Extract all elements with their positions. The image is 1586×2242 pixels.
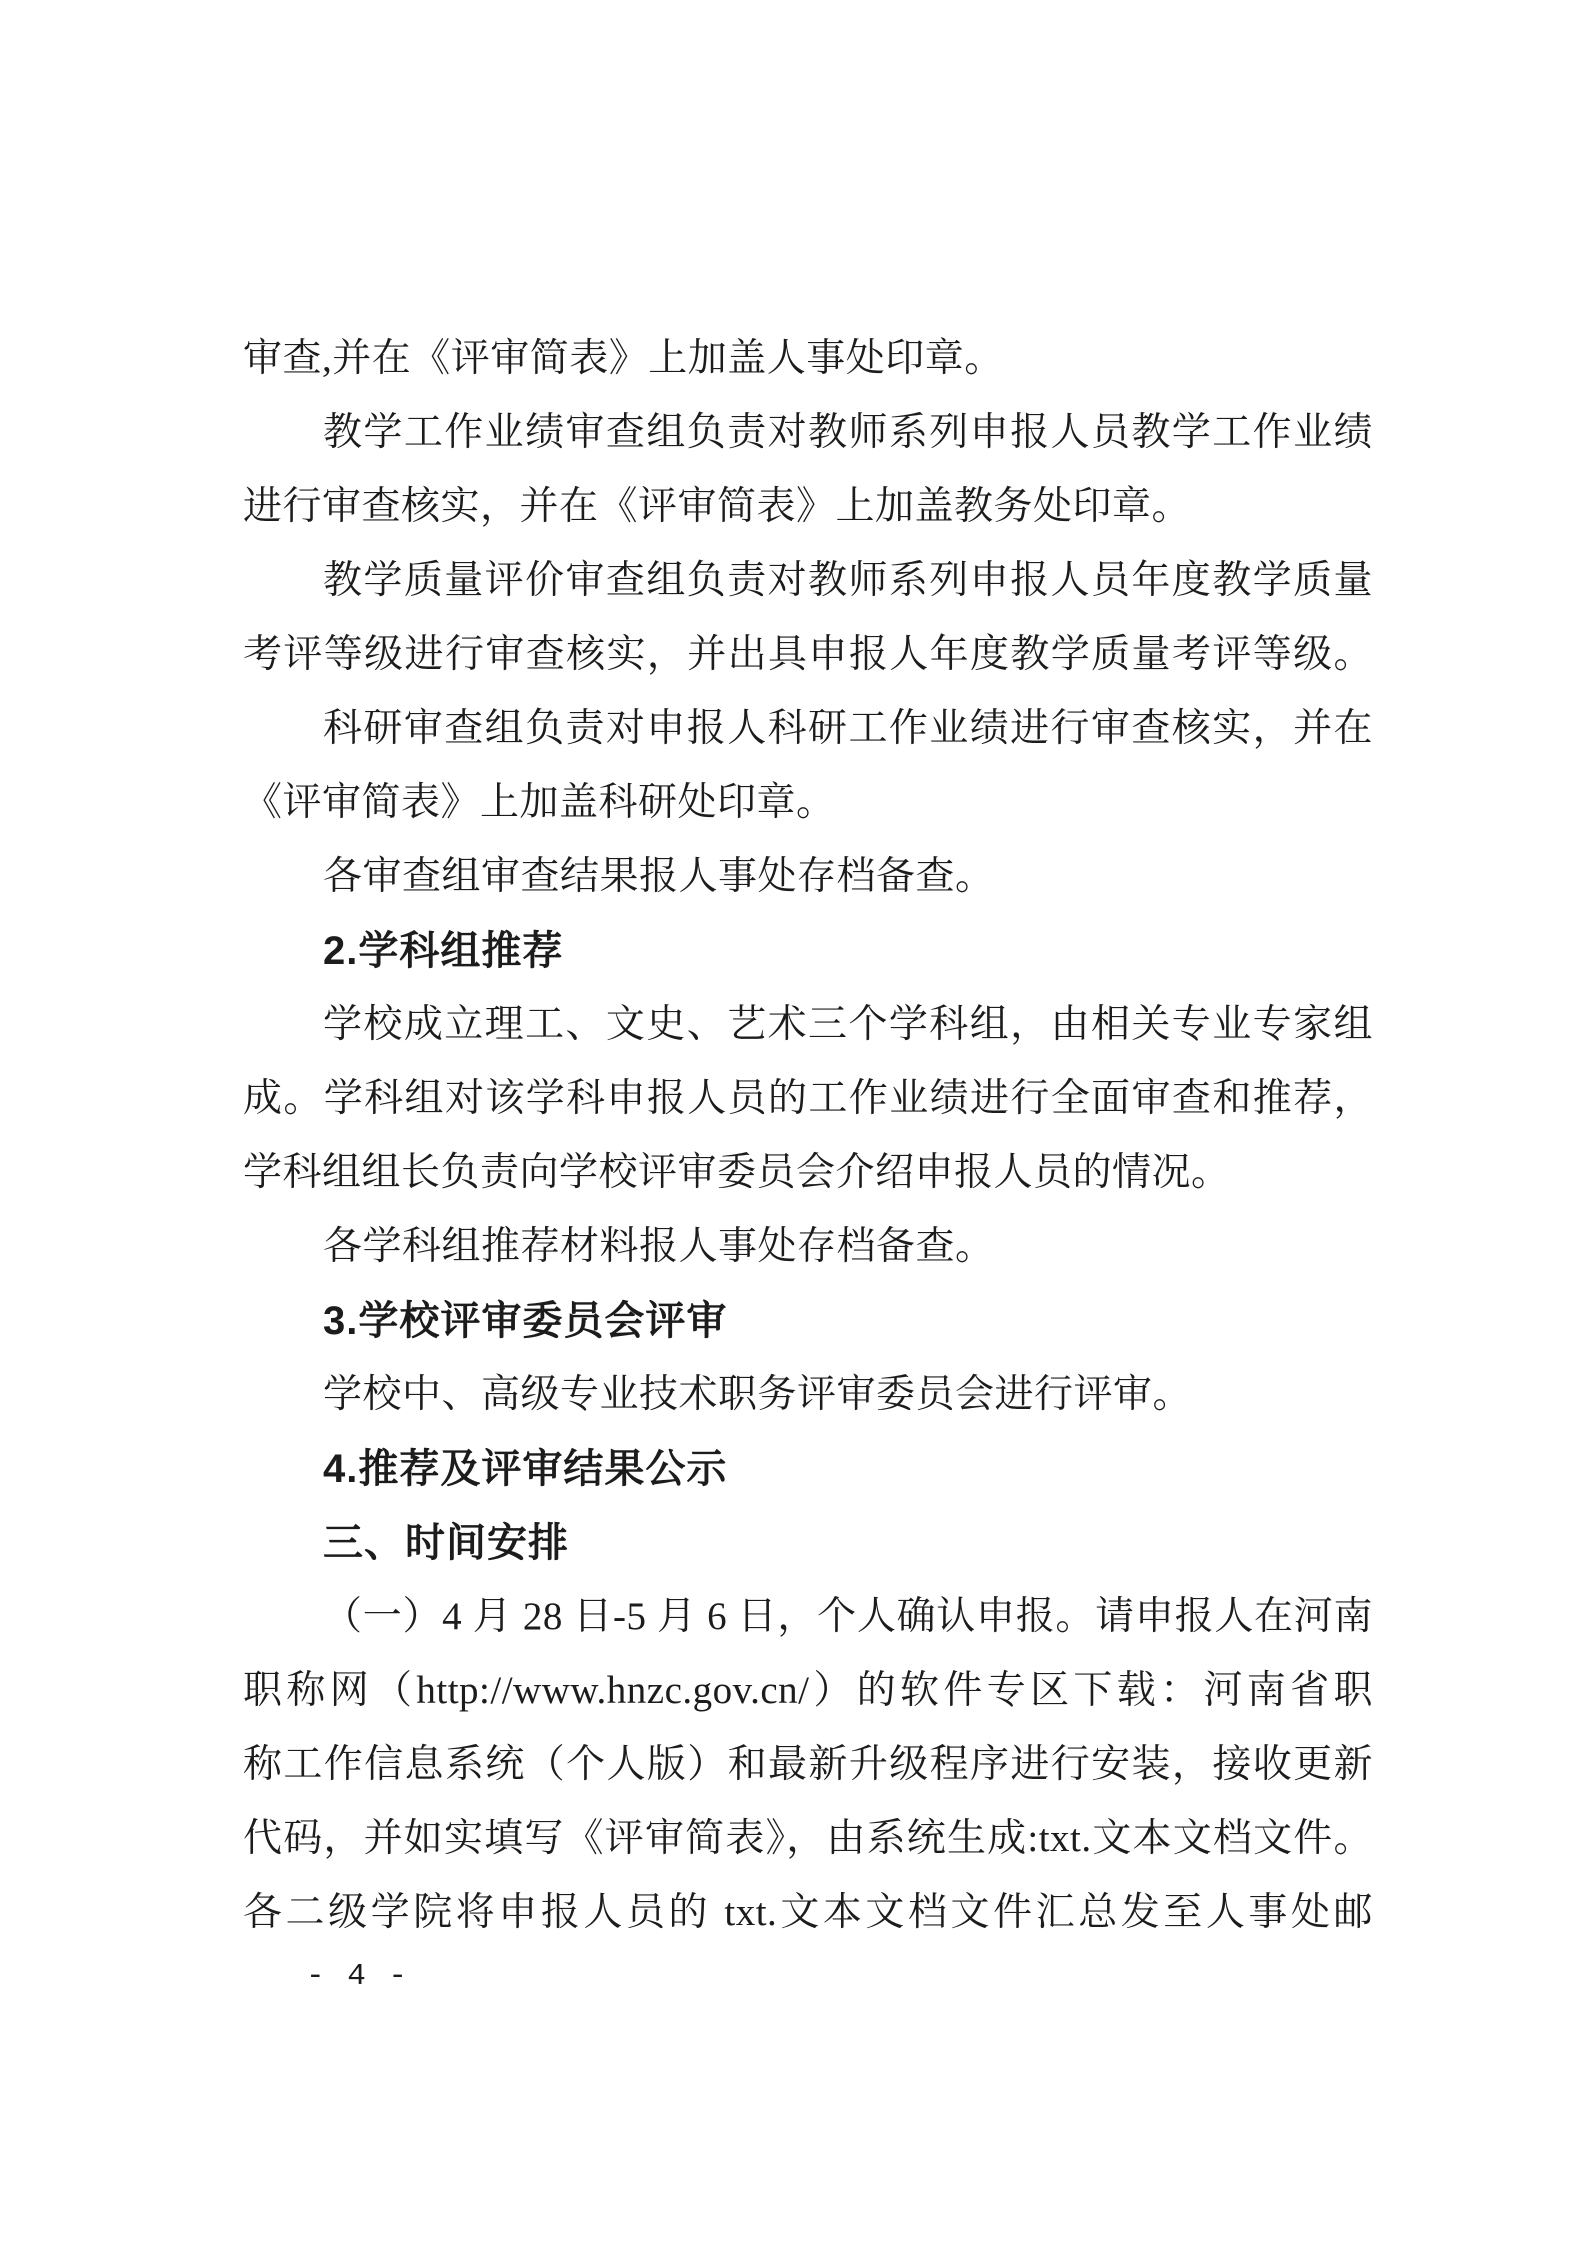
- text-line: 职称网（http://www.hnzc.gov.cn/）的软件专区下载：河南省职: [243, 1654, 1373, 1728]
- text-line: 代码，并如实填写《评审简表》，由系统生成:txt.文本文档文件。: [243, 1802, 1373, 1876]
- text-line: 教学工作业绩审查组负责对教师系列申报人员教学工作业绩: [243, 396, 1373, 470]
- text-line: 教学质量评价审查组负责对教师系列申报人员年度教学质量: [243, 544, 1373, 618]
- text-line: 成。学科组对该学科申报人员的工作业绩进行全面审查和推荐，: [243, 1062, 1373, 1136]
- text-line: 称工作信息系统（个人版）和最新升级程序进行安装，接收更新: [243, 1728, 1373, 1802]
- document-page: 审查,并在《评审简表》上加盖人事处印章。教学工作业绩审查组负责对教师系列申报人员…: [0, 0, 1586, 2242]
- text-line: （一）4 月 28 日-5 月 6 日，个人确认申报。请申报人在河南: [243, 1580, 1373, 1654]
- page-number: - 4 -: [306, 1957, 409, 1997]
- text-line: 进行审查核实，并在《评审简表》上加盖教务处印章。: [243, 470, 1373, 544]
- text-line: 科研审查组负责对申报人科研工作业绩进行审查核实，并在: [243, 692, 1373, 766]
- text-line: 三、时间安排: [243, 1506, 1373, 1580]
- text-line: 4.推荐及评审结果公示: [243, 1432, 1373, 1506]
- text-line: 学校中、高级专业技术职务评审委员会进行评审。: [243, 1358, 1373, 1432]
- text-line: 审查,并在《评审简表》上加盖人事处印章。: [243, 322, 1373, 396]
- document-body: 审查,并在《评审简表》上加盖人事处印章。教学工作业绩审查组负责对教师系列申报人员…: [243, 322, 1373, 1950]
- text-line: 各学科组推荐材料报人事处存档备查。: [243, 1210, 1373, 1284]
- text-line: 学科组组长负责向学校评审委员会介绍申报人员的情况。: [243, 1136, 1373, 1210]
- text-line: 各二级学院将申报人员的 txt.文本文档文件汇总发至人事处邮: [243, 1876, 1373, 1950]
- text-line: 考评等级进行审查核实，并出具申报人年度教学质量考评等级。: [243, 618, 1373, 692]
- text-line: 2.学科组推荐: [243, 914, 1373, 988]
- text-line: 各审查组审查结果报人事处存档备查。: [243, 840, 1373, 914]
- text-line: 3.学校评审委员会评审: [243, 1284, 1373, 1358]
- text-line: 《评审简表》上加盖科研处印章。: [243, 766, 1373, 840]
- text-line: 学校成立理工、文史、艺术三个学科组，由相关专业专家组: [243, 988, 1373, 1062]
